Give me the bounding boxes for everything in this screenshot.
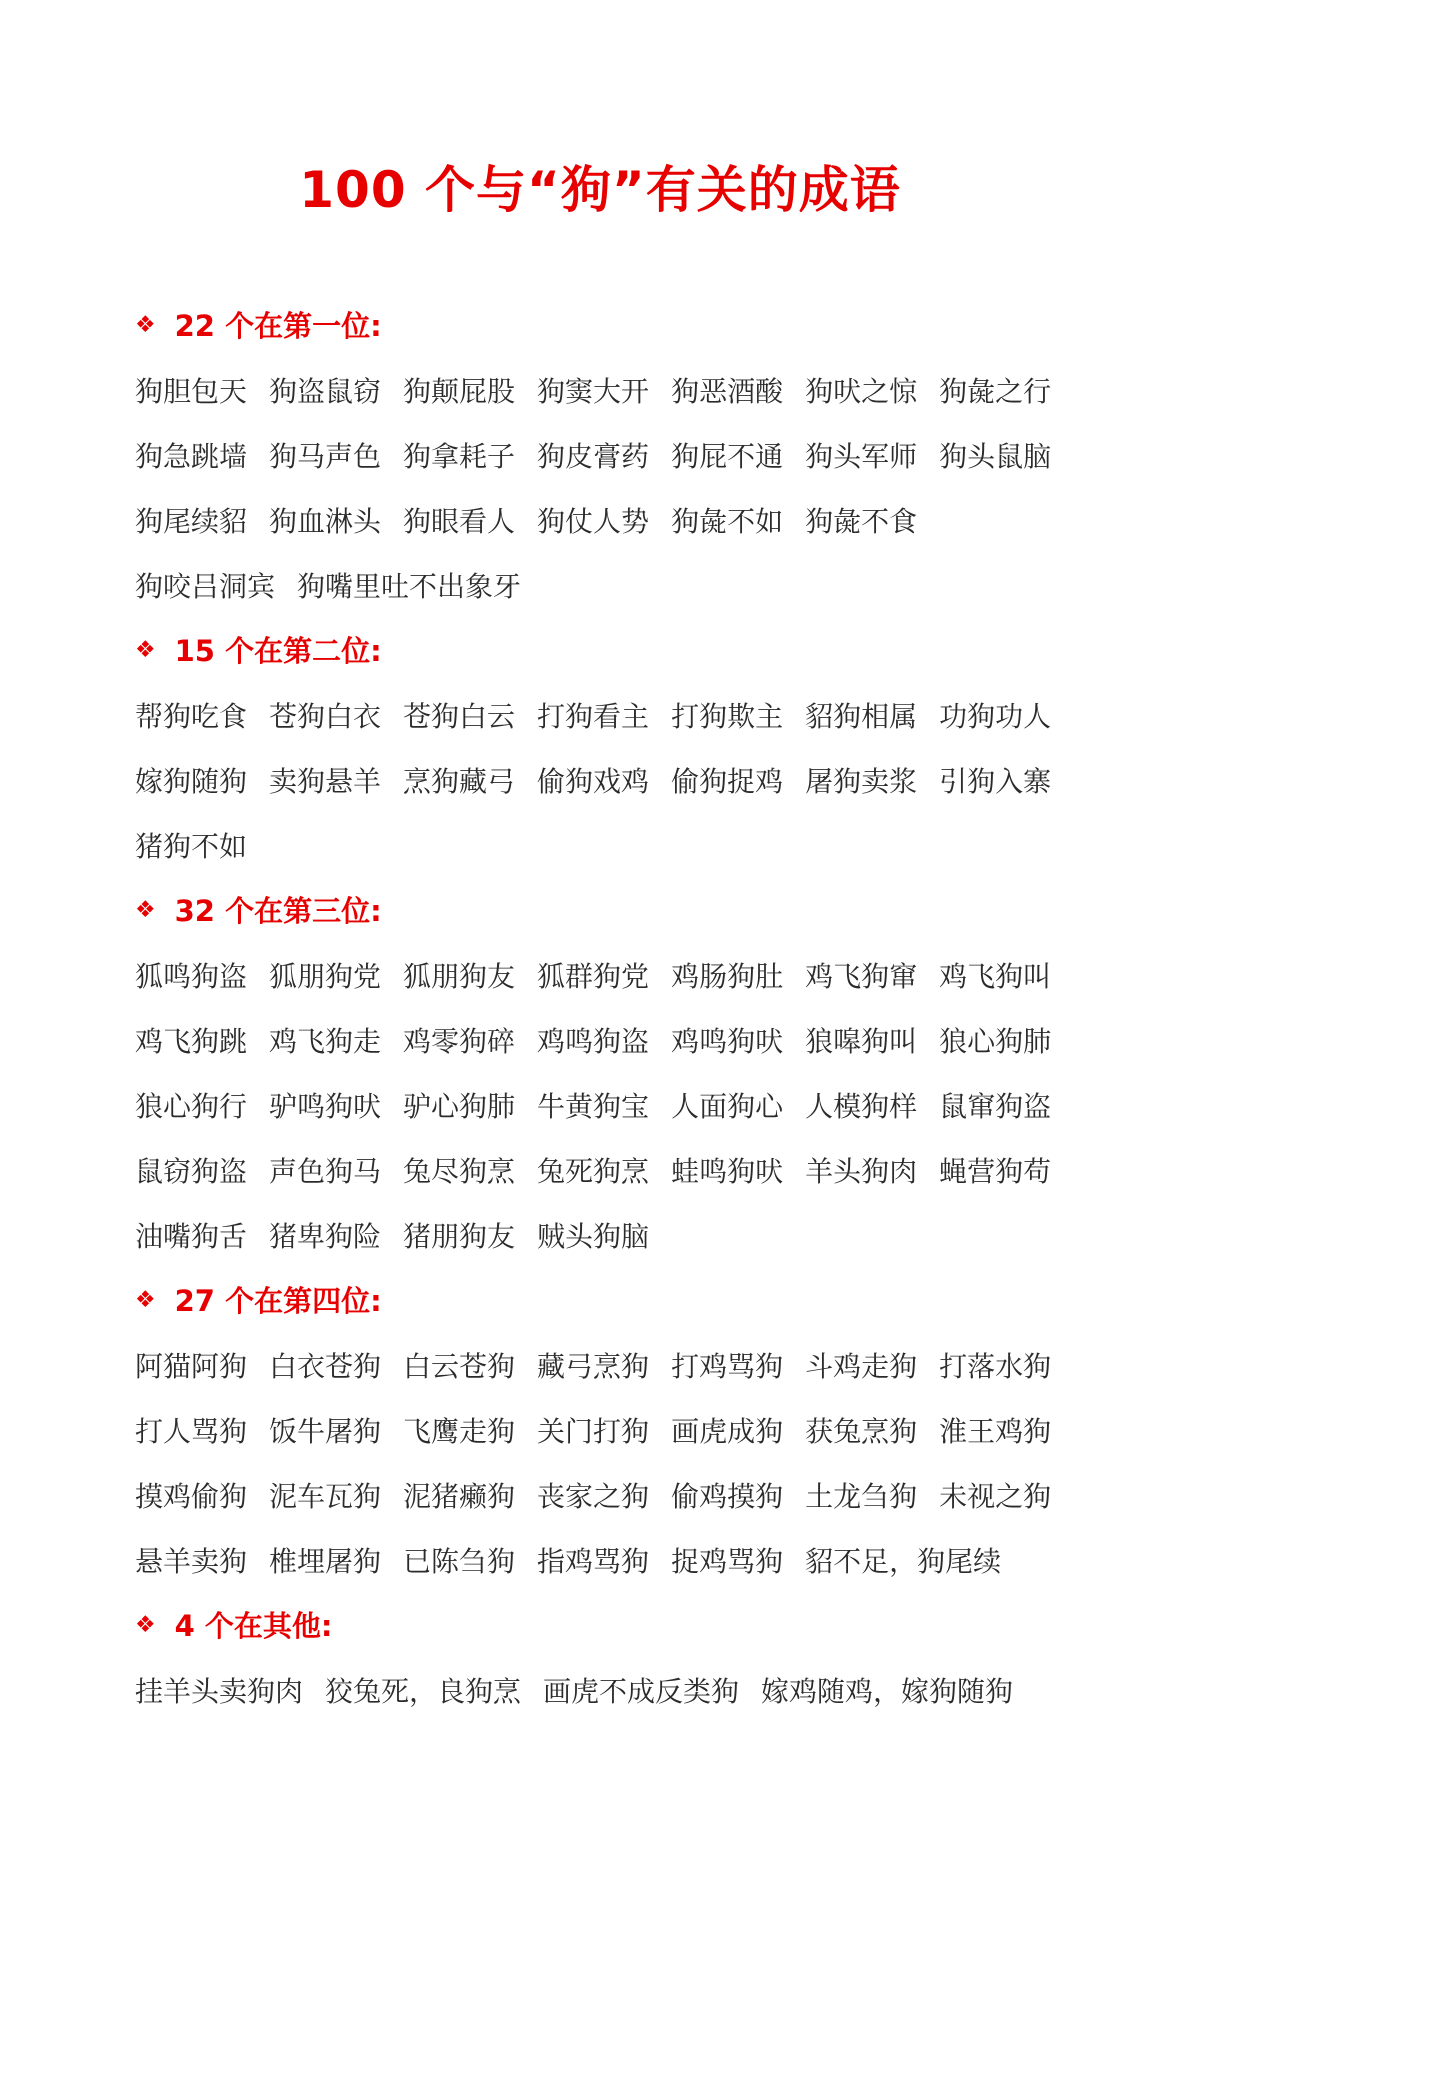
idiom: 油嘴狗舌 [135, 1215, 247, 1255]
sections-container: ❖ 22 个在第一位: 狗胆包天狗盗鼠窃狗颠屁股狗窦大开狗恶酒酸狗吠之惊狗彘之行… [135, 292, 1095, 1722]
idiom-row: 狗胆包天狗盗鼠窃狗颠屁股狗窦大开狗恶酒酸狗吠之惊狗彘之行 [135, 357, 1095, 422]
idiom: 貂狗相属 [805, 695, 917, 735]
idiom: 鸡飞狗叫 [939, 955, 1051, 995]
idiom: 羊头狗肉 [805, 1150, 917, 1190]
idiom: 鼠窃狗盗 [135, 1150, 247, 1190]
idiom: 牛黄狗宝 [537, 1085, 649, 1125]
idiom-section: ❖ 22 个在第一位: 狗胆包天狗盗鼠窃狗颠屁股狗窦大开狗恶酒酸狗吠之惊狗彘之行… [135, 292, 1095, 617]
idiom: 未视之狗 [939, 1475, 1051, 1515]
section-heading: ❖ 32 个在第三位: [135, 877, 1095, 942]
idiom: 鼠窜狗盗 [939, 1085, 1051, 1125]
idiom: 驴鸣狗吠 [269, 1085, 381, 1125]
section-heading-text: 4 个在其他: [175, 1604, 333, 1645]
idiom-row: 帮狗吃食苍狗白衣苍狗白云打狗看主打狗欺主貂狗相属功狗功人 [135, 682, 1095, 747]
idiom: 鸡飞狗走 [269, 1020, 381, 1060]
idiom: 屠狗卖浆 [805, 760, 917, 800]
idiom: 打落水狗 [939, 1345, 1051, 1385]
idiom-row: 鼠窃狗盗声色狗马兔尽狗烹兔死狗烹蛙鸣狗吠羊头狗肉蝇营狗苟 [135, 1137, 1095, 1202]
section-heading-text: 27 个在第四位: [175, 1279, 382, 1320]
idiom: 已陈刍狗 [403, 1540, 515, 1580]
idiom-row: 挂羊头卖狗肉狡兔死，良狗烹画虎不成反类狗嫁鸡随鸡，嫁狗随狗 [135, 1657, 1095, 1722]
idiom: 狗彘之行 [939, 370, 1051, 410]
idiom: 鸡鸣狗盗 [537, 1020, 649, 1060]
idiom-section: ❖ 15 个在第二位: 帮狗吃食苍狗白衣苍狗白云打狗看主打狗欺主貂狗相属功狗功人… [135, 617, 1095, 877]
section-heading: ❖ 4 个在其他: [135, 1592, 1095, 1657]
idiom: 飞鹰走狗 [403, 1410, 515, 1450]
document-page: 100 个与“狗”有关的成语 ❖ 22 个在第一位: 狗胆包天狗盗鼠窃狗颠屁股狗… [0, 162, 1440, 2082]
idiom: 狐朋狗党 [269, 955, 381, 995]
diamond-bullet-icon: ❖ [135, 1289, 156, 1312]
idiom-row: 嫁狗随狗卖狗悬羊烹狗藏弓偷狗戏鸡偷狗捉鸡屠狗卖浆引狗入寨 [135, 747, 1095, 812]
idiom: 白云苍狗 [403, 1345, 515, 1385]
idiom: 引狗入寨 [939, 760, 1051, 800]
idiom: 鸡零狗碎 [403, 1020, 515, 1060]
idiom-rows: 挂羊头卖狗肉狡兔死，良狗烹画虎不成反类狗嫁鸡随鸡，嫁狗随狗 [135, 1657, 1095, 1722]
idiom: 狗彘不如 [671, 500, 783, 540]
idiom: 狗盗鼠窃 [269, 370, 381, 410]
idiom: 狗咬吕洞宾 [135, 565, 275, 605]
idiom: 阿猫阿狗 [135, 1345, 247, 1385]
idiom: 饭牛屠狗 [269, 1410, 381, 1450]
diamond-bullet-icon: ❖ [135, 314, 156, 337]
idiom: 貂不足，狗尾续 [805, 1540, 1001, 1580]
idiom: 泥猪癞狗 [403, 1475, 515, 1515]
idiom: 狼嗥狗叫 [805, 1020, 917, 1060]
idiom: 指鸡骂狗 [537, 1540, 649, 1580]
idiom: 嫁鸡随鸡，嫁狗随狗 [761, 1670, 1013, 1710]
idiom-row: 狗咬吕洞宾狗嘴里吐不出象牙 [135, 552, 1095, 617]
idiom: 打人骂狗 [135, 1410, 247, 1450]
idiom: 兔死狗烹 [537, 1150, 649, 1190]
idiom-rows: 阿猫阿狗白衣苍狗白云苍狗藏弓烹狗打鸡骂狗斗鸡走狗打落水狗打人骂狗饭牛屠狗飞鹰走狗… [135, 1332, 1095, 1592]
idiom: 狗胆包天 [135, 370, 247, 410]
section-heading: ❖ 22 个在第一位: [135, 292, 1095, 357]
idiom: 关门打狗 [537, 1410, 649, 1450]
idiom-rows: 帮狗吃食苍狗白衣苍狗白云打狗看主打狗欺主貂狗相属功狗功人嫁狗随狗卖狗悬羊烹狗藏弓… [135, 682, 1095, 877]
idiom-row: 狗尾续貂狗血淋头狗眼看人狗仗人势狗彘不如狗彘不食 [135, 487, 1095, 552]
idiom: 嫁狗随狗 [135, 760, 247, 800]
idiom: 狗恶酒酸 [671, 370, 783, 410]
idiom: 猪朋狗友 [403, 1215, 515, 1255]
idiom: 捉鸡骂狗 [671, 1540, 783, 1580]
page-title: 100 个与“狗”有关的成语 [135, 162, 1065, 218]
idiom: 狗屁不通 [671, 435, 783, 475]
idiom: 狗仗人势 [537, 500, 649, 540]
idiom-row: 猪狗不如 [135, 812, 1095, 877]
idiom: 狗血淋头 [269, 500, 381, 540]
idiom: 画虎成狗 [671, 1410, 783, 1450]
idiom-row: 摸鸡偷狗泥车瓦狗泥猪癞狗丧家之狗偷鸡摸狗土龙刍狗未视之狗 [135, 1462, 1095, 1527]
idiom: 狗窦大开 [537, 370, 649, 410]
idiom: 藏弓烹狗 [537, 1345, 649, 1385]
idiom-row: 阿猫阿狗白衣苍狗白云苍狗藏弓烹狗打鸡骂狗斗鸡走狗打落水狗 [135, 1332, 1095, 1397]
idiom: 打狗看主 [537, 695, 649, 735]
idiom: 功狗功人 [939, 695, 1051, 735]
idiom-section: ❖ 32 个在第三位: 狐鸣狗盗狐朋狗党狐朋狗友狐群狗党鸡肠狗肚鸡飞狗窜鸡飞狗叫… [135, 877, 1095, 1267]
idiom: 挂羊头卖狗肉 [135, 1670, 303, 1710]
idiom: 贼头狗脑 [537, 1215, 649, 1255]
idiom: 偷鸡摸狗 [671, 1475, 783, 1515]
idiom: 狐鸣狗盗 [135, 955, 247, 995]
idiom: 兔尽狗烹 [403, 1150, 515, 1190]
idiom: 帮狗吃食 [135, 695, 247, 735]
idiom: 悬羊卖狗 [135, 1540, 247, 1580]
diamond-bullet-icon: ❖ [135, 639, 156, 662]
idiom: 鸡飞狗窜 [805, 955, 917, 995]
idiom: 苍狗白衣 [269, 695, 381, 735]
section-heading-text: 15 个在第二位: [175, 629, 382, 670]
idiom: 蛙鸣狗吠 [671, 1150, 783, 1190]
idiom-rows: 狐鸣狗盗狐朋狗党狐朋狗友狐群狗党鸡肠狗肚鸡飞狗窜鸡飞狗叫鸡飞狗跳鸡飞狗走鸡零狗碎… [135, 942, 1095, 1267]
idiom: 狗彘不食 [805, 500, 917, 540]
idiom: 狐群狗党 [537, 955, 649, 995]
idiom: 偷狗戏鸡 [537, 760, 649, 800]
idiom: 画虎不成反类狗 [543, 1670, 739, 1710]
idiom: 白衣苍狗 [269, 1345, 381, 1385]
idiom-row: 狼心狗行驴鸣狗吠驴心狗肺牛黄狗宝人面狗心人模狗样鼠窜狗盗 [135, 1072, 1095, 1137]
idiom: 椎埋屠狗 [269, 1540, 381, 1580]
idiom: 狗头鼠脑 [939, 435, 1051, 475]
idiom: 狗拿耗子 [403, 435, 515, 475]
idiom: 狐朋狗友 [403, 955, 515, 995]
idiom: 狗马声色 [269, 435, 381, 475]
idiom: 斗鸡走狗 [805, 1345, 917, 1385]
idiom: 获兔烹狗 [805, 1410, 917, 1450]
idiom: 偷狗捉鸡 [671, 760, 783, 800]
idiom: 声色狗马 [269, 1150, 381, 1190]
idiom: 泥车瓦狗 [269, 1475, 381, 1515]
idiom: 打狗欺主 [671, 695, 783, 735]
idiom: 蝇营狗苟 [939, 1150, 1051, 1190]
idiom: 烹狗藏弓 [403, 760, 515, 800]
idiom: 狗尾续貂 [135, 500, 247, 540]
idiom: 狼心狗行 [135, 1085, 247, 1125]
idiom: 卖狗悬羊 [269, 760, 381, 800]
idiom: 狗急跳墙 [135, 435, 247, 475]
section-heading: ❖ 27 个在第四位: [135, 1267, 1095, 1332]
idiom-row: 悬羊卖狗椎埋屠狗已陈刍狗指鸡骂狗捉鸡骂狗貂不足，狗尾续 [135, 1527, 1095, 1592]
diamond-bullet-icon: ❖ [135, 1614, 156, 1637]
idiom: 狗吠之惊 [805, 370, 917, 410]
idiom: 狗头军师 [805, 435, 917, 475]
idiom: 狡兔死，良狗烹 [325, 1670, 521, 1710]
idiom-section: ❖ 27 个在第四位: 阿猫阿狗白衣苍狗白云苍狗藏弓烹狗打鸡骂狗斗鸡走狗打落水狗… [135, 1267, 1095, 1592]
idiom: 鸡飞狗跳 [135, 1020, 247, 1060]
idiom: 人模狗样 [805, 1085, 917, 1125]
idiom: 狗皮膏药 [537, 435, 649, 475]
idiom-row: 鸡飞狗跳鸡飞狗走鸡零狗碎鸡鸣狗盗鸡鸣狗吠狼嗥狗叫狼心狗肺 [135, 1007, 1095, 1072]
idiom: 狼心狗肺 [939, 1020, 1051, 1060]
idiom: 狗眼看人 [403, 500, 515, 540]
diamond-bullet-icon: ❖ [135, 899, 156, 922]
idiom: 狗嘴里吐不出象牙 [297, 565, 521, 605]
section-heading-text: 22 个在第一位: [175, 304, 382, 345]
idiom: 鸡鸣狗吠 [671, 1020, 783, 1060]
idiom: 苍狗白云 [403, 695, 515, 735]
idiom: 丧家之狗 [537, 1475, 649, 1515]
idiom: 土龙刍狗 [805, 1475, 917, 1515]
idiom-section: ❖ 4 个在其他: 挂羊头卖狗肉狡兔死，良狗烹画虎不成反类狗嫁鸡随鸡，嫁狗随狗 [135, 1592, 1095, 1722]
idiom: 驴心狗肺 [403, 1085, 515, 1125]
idiom: 人面狗心 [671, 1085, 783, 1125]
idiom: 狗颠屁股 [403, 370, 515, 410]
idiom-row: 油嘴狗舌猪卑狗险猪朋狗友贼头狗脑 [135, 1202, 1095, 1267]
idiom: 打鸡骂狗 [671, 1345, 783, 1385]
idiom: 猪狗不如 [135, 825, 247, 865]
idiom-row: 狐鸣狗盗狐朋狗党狐朋狗友狐群狗党鸡肠狗肚鸡飞狗窜鸡飞狗叫 [135, 942, 1095, 1007]
idiom: 摸鸡偷狗 [135, 1475, 247, 1515]
idiom: 鸡肠狗肚 [671, 955, 783, 995]
section-heading-text: 32 个在第三位: [175, 889, 382, 930]
idiom-row: 狗急跳墙狗马声色狗拿耗子狗皮膏药狗屁不通狗头军师狗头鼠脑 [135, 422, 1095, 487]
idiom-row: 打人骂狗饭牛屠狗飞鹰走狗关门打狗画虎成狗获兔烹狗淮王鸡狗 [135, 1397, 1095, 1462]
section-heading: ❖ 15 个在第二位: [135, 617, 1095, 682]
idiom: 淮王鸡狗 [939, 1410, 1051, 1450]
idiom: 猪卑狗险 [269, 1215, 381, 1255]
idiom-rows: 狗胆包天狗盗鼠窃狗颠屁股狗窦大开狗恶酒酸狗吠之惊狗彘之行狗急跳墙狗马声色狗拿耗子… [135, 357, 1095, 617]
